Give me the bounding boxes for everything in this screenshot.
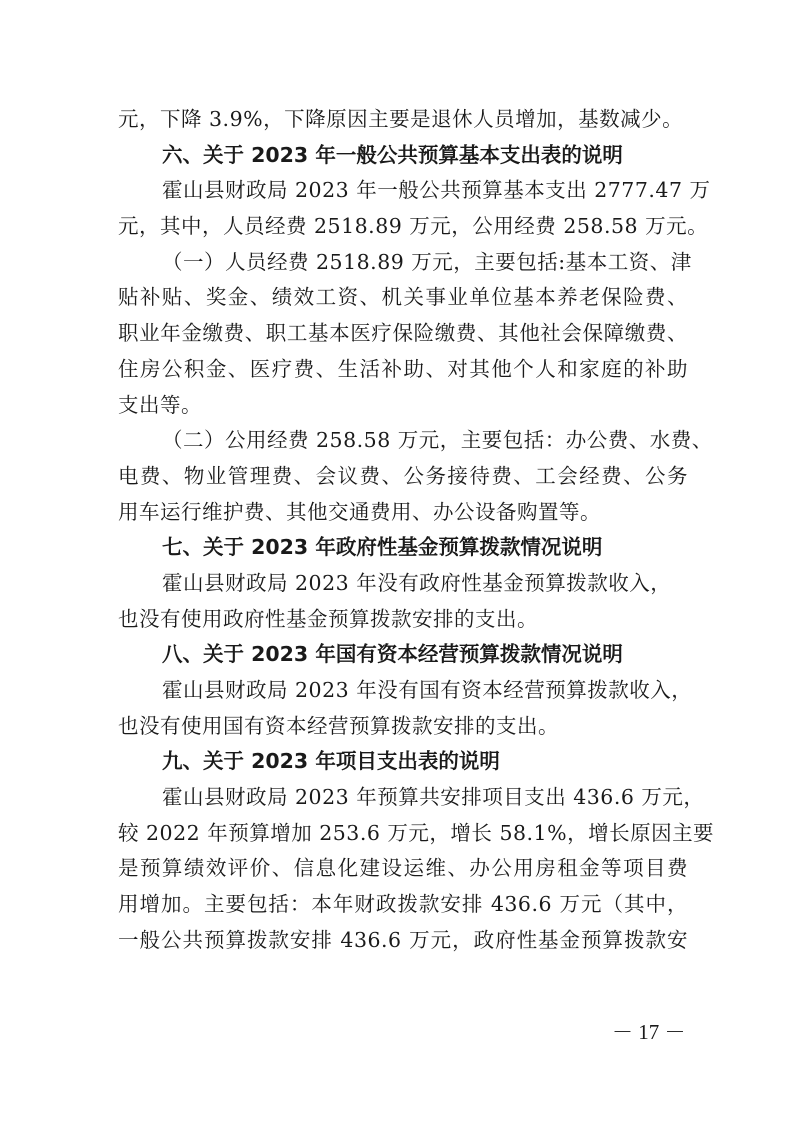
paragraph-line: 元，其中，人员经费 2518.89 万元，公用经费 258.58 万元。	[118, 209, 688, 245]
page-number: － 17 －	[612, 1016, 686, 1046]
paragraph-line: 霍山县财政局 2023 年预算共安排项目支出 436.6 万元，	[118, 780, 688, 816]
section-heading-7: 七、关于 2023 年政府性基金预算拨款情况说明	[118, 530, 688, 566]
paragraph-line: 元，下降 3.9%，下降原因主要是退休人员增加，基数减少。	[118, 102, 688, 138]
section-heading-6: 六、关于 2023 年一般公共预算基本支出表的说明	[118, 138, 688, 174]
paragraph-line: 也没有使用政府性基金预算拨款安排的支出。	[118, 602, 688, 638]
paragraph-line: 住房公积金、医疗费、生活补助、对其他个人和家庭的补助	[118, 352, 688, 388]
paragraph-line: 是预算绩效评价、信息化建设运维、办公用房租金等项目费	[118, 851, 688, 887]
section-heading-8: 八、关于 2023 年国有资本经营预算拨款情况说明	[118, 637, 688, 673]
paragraph-line: 也没有使用国有资本经营预算拨款安排的支出。	[118, 709, 688, 745]
paragraph-line: 支出等。	[118, 388, 688, 424]
section-heading-9: 九、关于 2023 年项目支出表的说明	[118, 744, 688, 780]
paragraph-line: 职业年金缴费、职工基本医疗保险缴费、其他社会保障缴费、	[118, 316, 688, 352]
paragraph-line: 用增加。主要包括：本年财政拨款安排 436.6 万元（其中，	[118, 887, 688, 923]
paragraph-line: （二）公用经费 258.58 万元，主要包括：办公费、水费、	[118, 423, 688, 459]
paragraph-line: 一般公共预算拨款安排 436.6 万元，政府性基金预算拨款安	[118, 923, 688, 959]
paragraph-line: 用车运行维护费、其他交通费用、办公设备购置等。	[118, 495, 688, 531]
paragraph-line: 霍山县财政局 2023 年一般公共预算基本支出 2777.47 万	[118, 173, 688, 209]
paragraph-line: 霍山县财政局 2023 年没有国有资本经营预算拨款收入，	[118, 673, 688, 709]
paragraph-line: 霍山县财政局 2023 年没有政府性基金预算拨款收入，	[118, 566, 688, 602]
paragraph-line: 较 2022 年预算增加 253.6 万元，增长 58.1%，增长原因主要	[118, 816, 688, 852]
document-page: 元，下降 3.9%，下降原因主要是退休人员增加，基数减少。 六、关于 2023 …	[118, 102, 688, 959]
paragraph-line: 电费、物业管理费、会议费、公务接待费、工会经费、公务	[118, 459, 688, 495]
paragraph-line: （一）人员经费 2518.89 万元，主要包括:基本工资、津	[118, 245, 688, 281]
paragraph-line: 贴补贴、奖金、绩效工资、机关事业单位基本养老保险费、	[118, 280, 688, 316]
